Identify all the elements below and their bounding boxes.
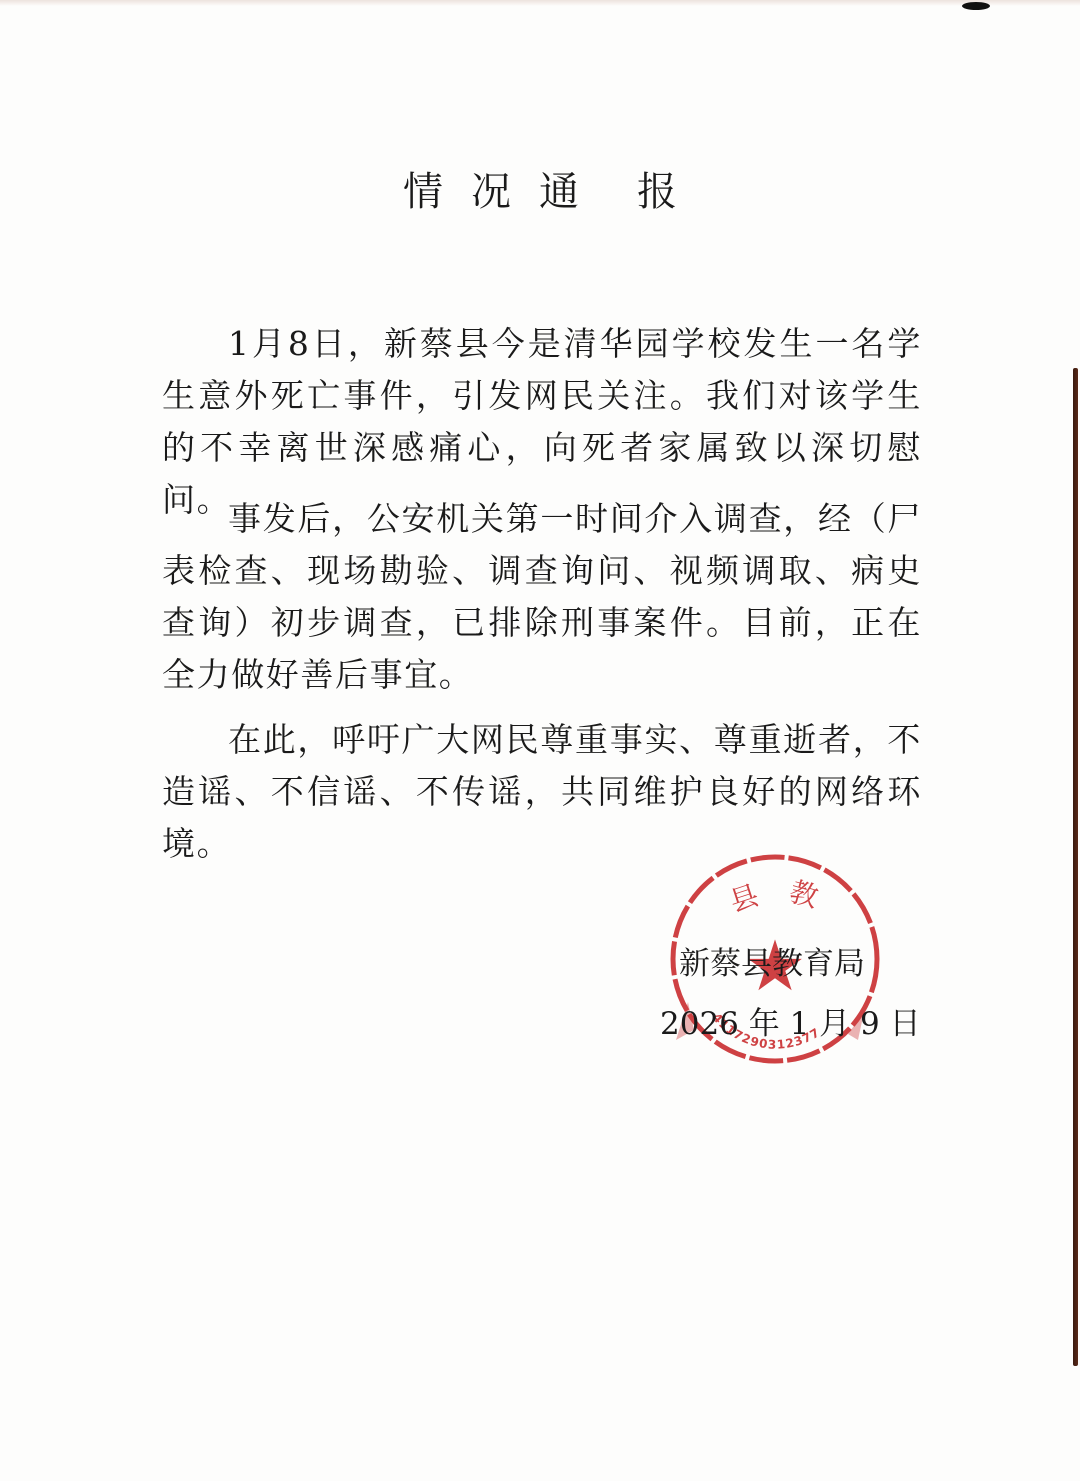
paragraph-incident: 1月8日，新蔡县今是清华园学校发生一名学生意外死亡事件，引发网民关注。我们对该学…: [162, 318, 922, 474]
paragraph-appeal: 在此，呼吁广大网民尊重事实、尊重逝者，不造谣、不信谣、不传谣，共同维护良好的网络…: [162, 714, 922, 870]
issue-date: 2026 年 1 月 9 日: [660, 998, 921, 1043]
title-char: 报: [637, 160, 677, 217]
title-char: 通: [539, 160, 579, 217]
stamp-char: 教: [786, 875, 822, 914]
paragraph-investigation: 事发后，公安机关第一时间介入调查，经（尸表检查、现场勘验、调查询问、视频调取、病…: [162, 493, 922, 701]
issuing-organization: 新蔡县教育局: [679, 938, 865, 983]
title-char: 情: [403, 160, 443, 217]
title-char: 况: [471, 160, 511, 217]
scan-right-edge-shadow: [1073, 368, 1078, 1366]
document-title: 情况通报: [0, 160, 1080, 217]
scan-smudge: [962, 2, 990, 10]
document-body: 1月8日，新蔡县今是清华园学校发生一名学生意外死亡事件，引发网民关注。我们对该学…: [162, 318, 922, 474]
stamp-char: 县: [726, 878, 763, 918]
scan-top-edge: [0, 0, 1080, 6]
